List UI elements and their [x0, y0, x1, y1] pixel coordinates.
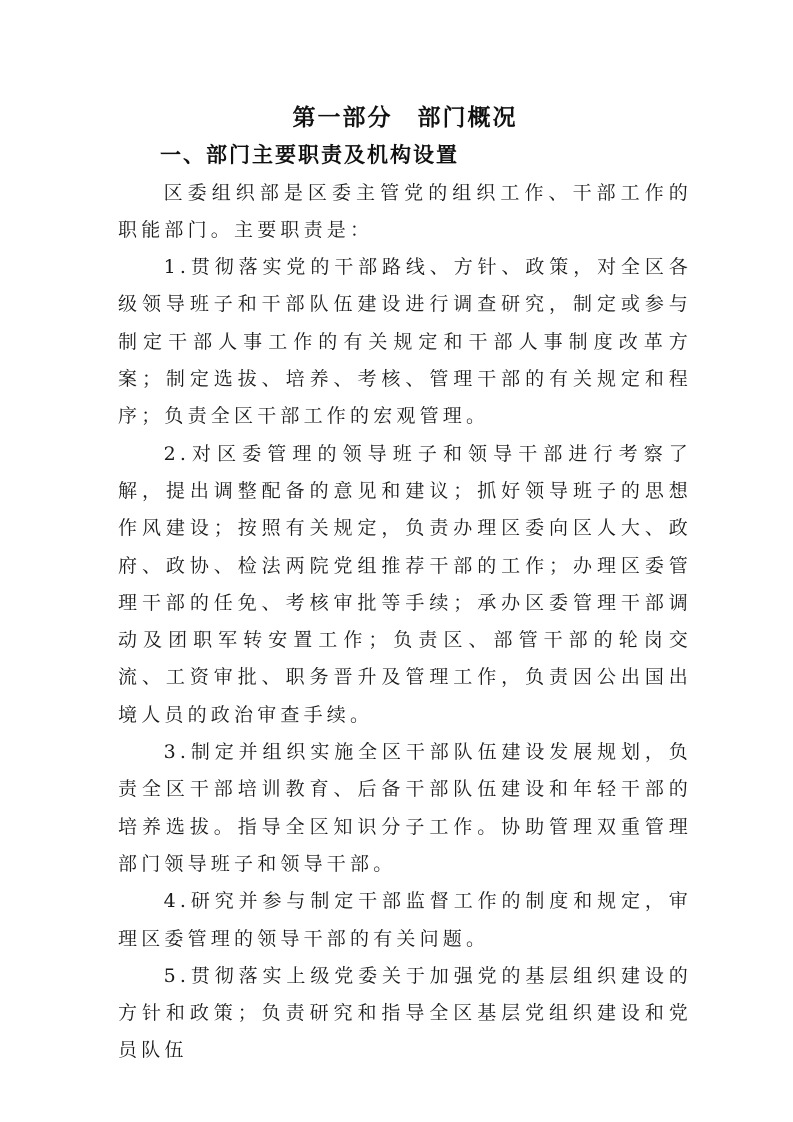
paragraph-duty-3: 3.制定并组织实施全区干部队伍建设发展规划，负责全区干部培训教育、后备干部队伍建…	[118, 734, 692, 883]
document-content: 第一部分 部门概况 一、部门主要职责及机构设置 区委组织部是区委主管党的组织工作…	[118, 100, 692, 1070]
paragraph-duty-2: 2.对区委管理的领导班子和领导干部进行考察了解，提出调整配备的意见和建议；抓好领…	[118, 436, 692, 734]
paragraph-duty-5: 5.贯彻落实上级党委关于加强党的基层组织建设的方针和政策；负责研究和指导全区基层…	[118, 958, 692, 1070]
document-title: 第一部分 部门概况	[118, 100, 692, 137]
paragraph-duty-1: 1.贯彻落实党的干部路线、方针、政策，对全区各级领导班子和干部队伍建设进行调查研…	[118, 249, 692, 435]
paragraph-duty-4: 4.研究并参与制定干部监督工作的制度和规定，审理区委管理的领导干部的有关问题。	[118, 883, 692, 958]
section-heading: 一、部门主要职责及机构设置	[118, 137, 692, 174]
paragraph-intro: 区委组织部是区委主管党的组织工作、干部工作的职能部门。主要职责是：	[118, 175, 692, 250]
document-page: 第一部分 部门概况 一、部门主要职责及机构设置 区委组织部是区委主管党的组织工作…	[0, 0, 793, 1122]
